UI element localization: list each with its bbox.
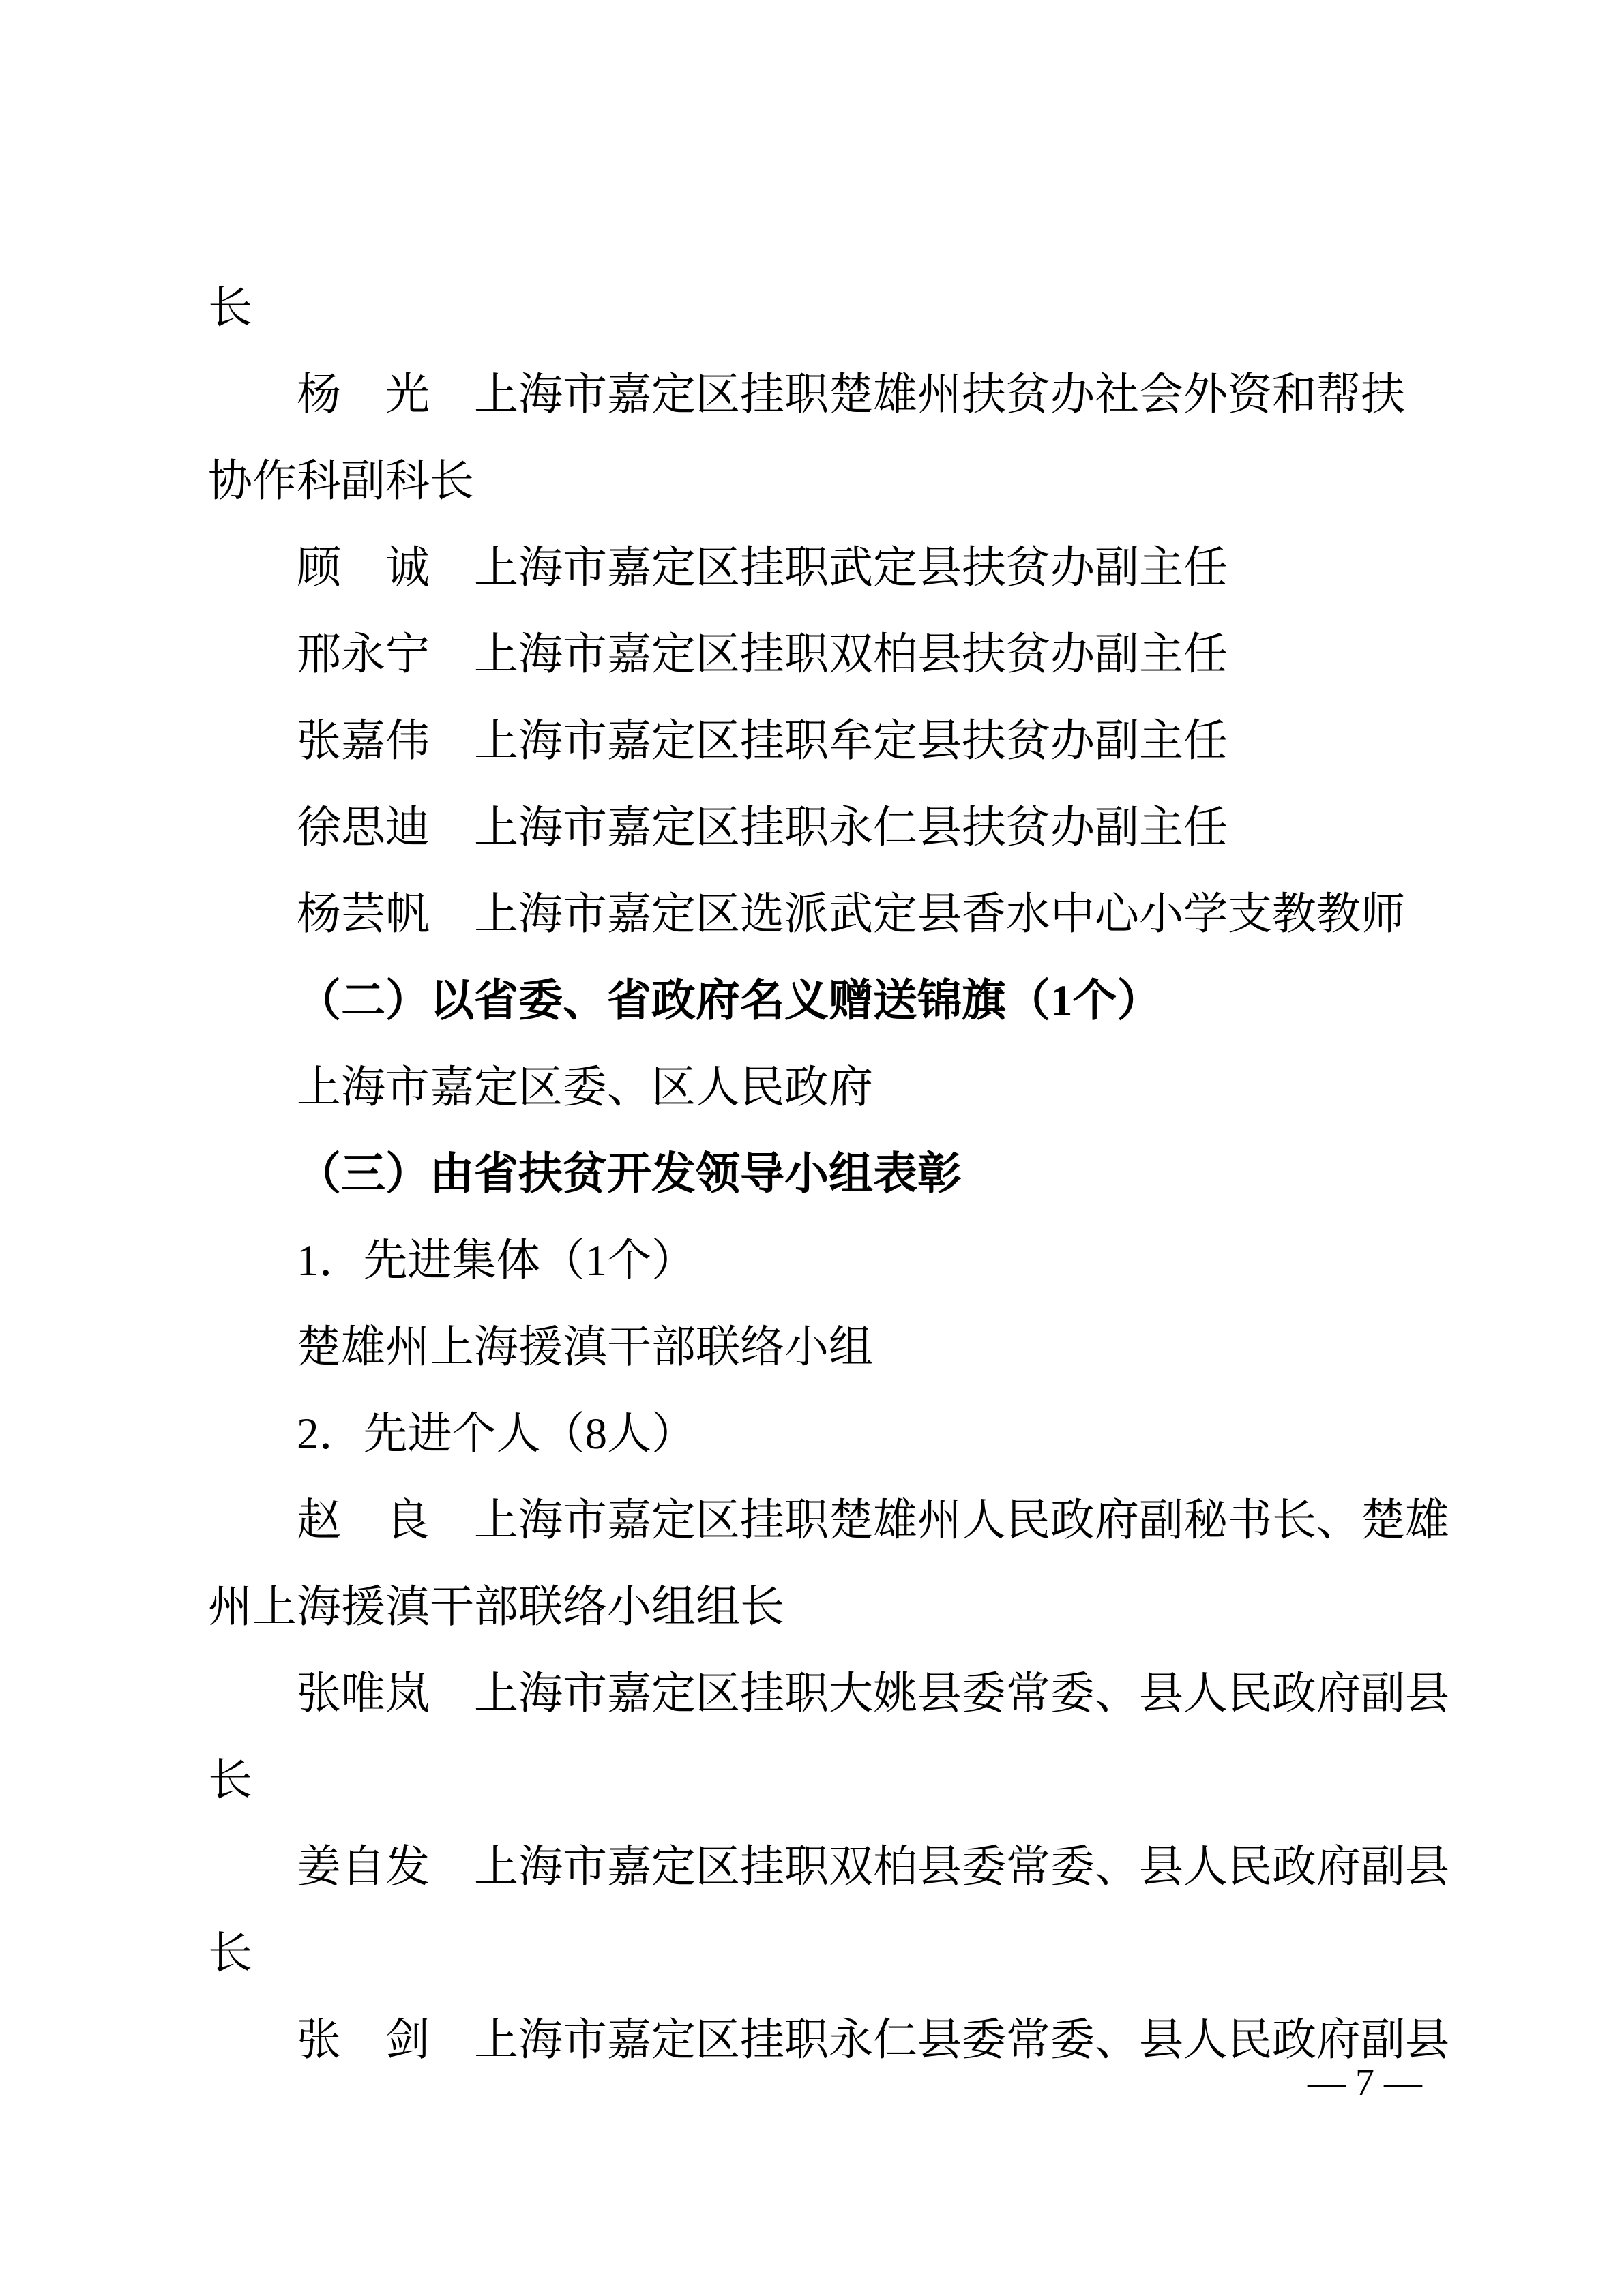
section-heading-3: （三）由省扶贫开发领导小组表彰 — [208, 1131, 1504, 1218]
awardee-line-xu-sidi: 徐思迪 上海市嘉定区挂职永仁县扶贫办副主任 — [208, 785, 1504, 871]
subheading-advanced-individuals: 2．先进个人（8人） — [208, 1391, 1504, 1478]
section-heading-2: （二）以省委、省政府名义赠送锦旗（1个） — [208, 958, 1504, 1045]
awardee-line-xing-yongning: 邢永宁 上海市嘉定区挂职双柏县扶贫办副主任 — [208, 612, 1504, 698]
awardee-line-zhang-jiawei: 张嘉伟 上海市嘉定区挂职牟定县扶贫办副主任 — [208, 698, 1504, 785]
awardee-line-zhao-liang: 赵 良 上海市嘉定区挂职楚雄州人民政府副秘书长、楚雄 — [208, 1478, 1504, 1564]
awardee-line-zhang-weilan: 张唯岚 上海市嘉定区挂职大姚县委常委、县人民政府副县 — [208, 1651, 1504, 1738]
continuation-line: 长 — [208, 1738, 1504, 1824]
continuation-line: 长 — [208, 265, 1504, 352]
continuation-line: 长 — [208, 1911, 1504, 1997]
continuation-line: 协作科副科长 — [208, 438, 1504, 525]
document-page: 长 杨 光 上海市嘉定区挂职楚雄州扶贫办社会外资和帮扶 协作科副科长 顾 诚 上… — [0, 0, 1624, 2296]
awardee-line-yang-yunfan: 杨芸帆 上海市嘉定区选派武定县香水中心小学支教教师 — [208, 871, 1504, 958]
awardee-line-gu-cheng: 顾 诚 上海市嘉定区挂职武定县扶贫办副主任 — [208, 525, 1504, 612]
banner-recipient-line: 上海市嘉定区委、区人民政府 — [208, 1045, 1504, 1131]
awardee-line-yang-guang: 杨 光 上海市嘉定区挂职楚雄州扶贫办社会外资和帮扶 — [208, 352, 1504, 438]
subheading-advanced-collective: 1．先进集体（1个） — [208, 1218, 1504, 1304]
collective-name-line: 楚雄州上海援滇干部联络小组 — [208, 1304, 1504, 1391]
continuation-line: 州上海援滇干部联络小组组长 — [208, 1564, 1504, 1651]
awardee-line-jiang-zifa: 姜自发 上海市嘉定区挂职双柏县委常委、县人民政府副县 — [208, 1824, 1504, 1911]
page-number: — 7 — — [1308, 2062, 1422, 2103]
document-body: 长 杨 光 上海市嘉定区挂职楚雄州扶贫办社会外资和帮扶 协作科副科长 顾 诚 上… — [208, 265, 1504, 2084]
